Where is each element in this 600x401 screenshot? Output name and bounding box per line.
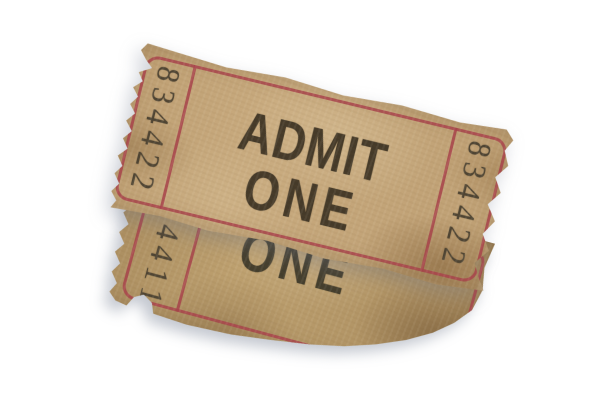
photo-background: 834411 ADMIT ONE 834422 834422 ADMIT ONE (0, 0, 600, 401)
